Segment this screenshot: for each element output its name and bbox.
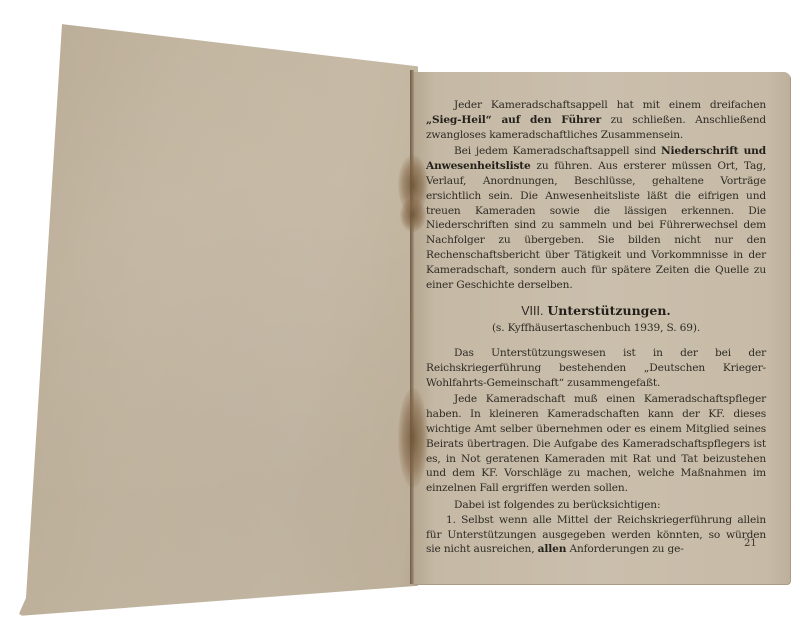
paragraph-support-system: Das Unterstützungswesen ist in der bei d… (426, 346, 766, 390)
text-run: Jeder Kameradschaftsappell hat mit einem… (454, 99, 766, 111)
water-stain-upper-small (400, 198, 426, 232)
water-stain-lower (398, 388, 428, 488)
bold-text-run: allen (538, 543, 567, 555)
paragraph-caretaker: Jede Kameradschaft muß einen Kameradscha… (426, 392, 766, 496)
list-item-1: 1. Selbst wenn alle Mittel der Reichskri… (426, 513, 766, 557)
booklet-spine (410, 70, 414, 584)
bold-text-run: „Sieg-Heil“ auf den Führer (426, 114, 601, 126)
section-number: VIII. (521, 304, 543, 318)
open-booklet: Jeder Kameradschaftsappell hat mit einem… (0, 0, 800, 627)
section-title: Unterstützungen. (547, 303, 670, 318)
section-reference: (s. Kyffhäusertaschenbuch 1939, S. 69). (426, 321, 766, 336)
paragraph-appell-closing: Jeder Kameradschaftsappell hat mit einem… (426, 98, 766, 142)
left-page-blank (18, 12, 418, 616)
right-page-text: Jeder Kameradschaftsappell hat mit einem… (426, 98, 766, 557)
text-run: zu führen. Aus ersterer müssen Ort, Tag,… (426, 160, 766, 290)
text-run: Anforderungen zu ge- (566, 543, 683, 555)
text-run: Bei jedem Kameradschaftsappell sind (454, 145, 661, 157)
section-heading: VIII. Unterstützungen. (426, 304, 766, 319)
paragraph-considerations: Dabei ist folgendes zu berücksichtigen: (426, 498, 766, 513)
page-number: 21 (744, 538, 757, 549)
photo-scene: Jeder Kameradschaftsappell hat mit einem… (0, 0, 800, 627)
paragraph-minutes-attendance: Bei jedem Kameradschaftsappell sind Nied… (426, 144, 766, 292)
